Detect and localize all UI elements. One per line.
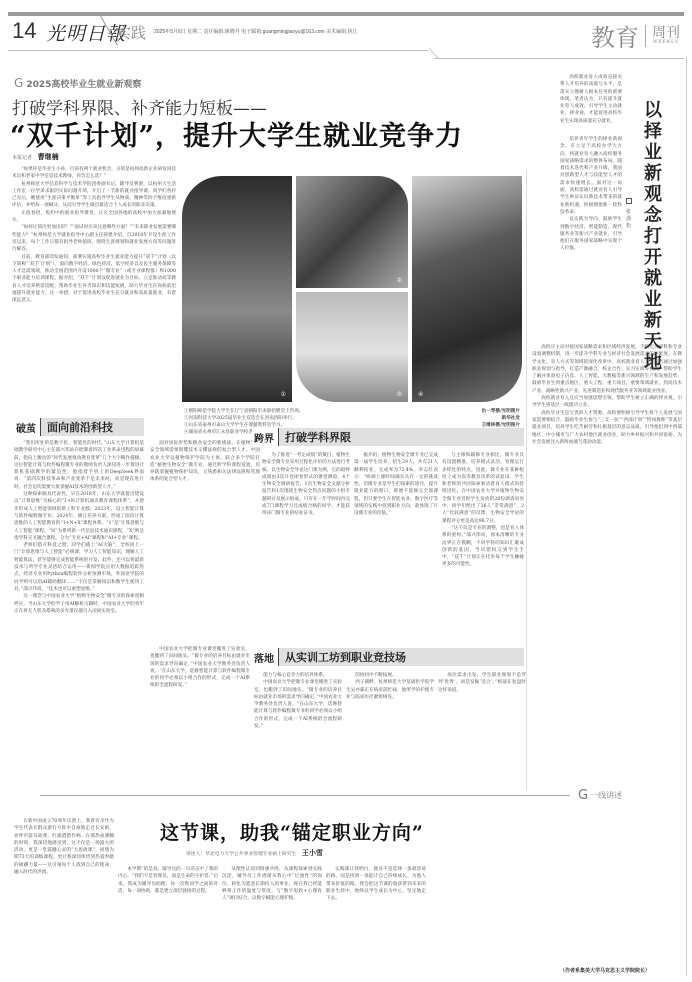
byline-author: 曹继楠 [38, 152, 59, 161]
top-rule [8, 12, 684, 16]
header-rule-right [434, 58, 684, 59]
header-rule [8, 50, 428, 51]
section-stamp: 跨界 [252, 428, 279, 446]
caption-credit: 仇一琴摄/光明图片 [482, 408, 520, 415]
paragraph: 高校就业育人成效直接关系人才培养的质量与水平，是落实立德树人根本任务的重要体现。… [560, 74, 622, 125]
paragraph: 与主修和辅修专业相比，微专业具有设置精准、培养模式灵活、管理运行多样化的特点。因… [442, 452, 524, 525]
photo-number: ② [397, 277, 402, 284]
paragraph: 能力与核心竞争力的培养体系。 [254, 672, 342, 679]
speaker-name: 王小雪 [302, 848, 323, 857]
byline-label: 本报记者 [12, 155, 32, 161]
commentary-title: 以择业新观念打开就业新天地 [644, 100, 666, 373]
paragraph: “我们所处的是数字化、智能化的时代。”山东大学计算机基础教学研究中心主任邵兴伟站… [14, 440, 144, 491]
paragraph: 正值春招，焦灼中的就业指导课堂，正在全国各地的高校中加大加紧地展开。 [12, 210, 176, 225]
paragraph: 从理性认知到情感共鸣，从课程探索到实践沉淀，辅导员工作逐渐从我心中“过渡性”的岗… [222, 866, 322, 902]
paragraph: 高校毕业生是宝贵的人才资源。高校要积极引导学生将个人发展与国家需要相结合，鼓励毕… [532, 410, 682, 446]
section-boundaries-col3: 与主修和辅修专业相比，微专业具有设置精准、培养模式灵活、管理运行多样化的特点。因… [442, 452, 524, 642]
brand-main: 教育 [591, 18, 639, 53]
author-name: 张劲松 [626, 209, 631, 229]
caption-row: ②河南科技大学2025届毕业生双选会在河南洛阳举行。新华社发 [184, 415, 520, 422]
section-title: 从实训工坊到职业竞技场 [285, 649, 406, 665]
paragraph: “如何让简历更加出彩？”“面试时应该注意哪些方面？”“未来职业发展需要哪些能力？… [12, 224, 176, 253]
section-boundaries-col2: 据介绍，植物生物安全微专业已完成第一届学生培养，招生29人，共有21人顺利结业，… [354, 452, 438, 642]
brand-sub-label: 周刊 [652, 26, 680, 40]
paragraph: 这种探索颇具代表性。早在2018年，山东大学就提出建设以“计算思维”为核心的“1… [14, 491, 144, 542]
brand-sub: 周刊 WEEKLY [652, 26, 680, 45]
g-logo-icon: G [14, 76, 23, 90]
paragraph: “如果你是毕业生小孙，目前有两个就业机会，分别是杭州高新企业研发岗技术员和老家中… [12, 166, 176, 181]
section-header-practice: 落地 从实训工坊到职业竞技场 [252, 648, 524, 666]
paragraph: 为了推进“一考定成绩”的窠臼，植物生物安全微专业采用过程化评价的方法进行考核。以… [262, 452, 350, 518]
commentary-col-lower: 高校应主动对接国家战略需求和区域经济发展，不断完善学科和专业设置调整机制，进一步… [532, 344, 682, 784]
right-border [686, 56, 687, 976]
paragraph: 的协同中不断拓展。 [346, 672, 434, 679]
section-header-frontier: 破茧 面向前沿科技 [14, 418, 144, 436]
paragraph: 培养青年学生的择业新观念，应立足于高校办学大方向，将就业育人融入高校服务国家战略… [560, 136, 622, 216]
section-practice-col3: 岗位需求出发，学生职业规划不是罗列‘优秀’，而是发掘‘适合’。”杨迪在复盘时这样… [438, 672, 526, 788]
author-box-icon [626, 198, 632, 204]
caption-text: ①朝阳师范学院大学生在辽宁省朝阳市求职招聘会上咨询。 [184, 408, 303, 415]
photo-job-fair: ② [296, 176, 408, 288]
speaker-label: 讲述人：华北电力大学公共事业管理专业硕士研究生 [186, 852, 296, 857]
section-title: 打破学科界限 [285, 429, 351, 445]
lecture-col2: 本学期“的是真。辅导员的一句话击中了我的内心，“我们不是管理员，而是生命的守护者… [118, 866, 218, 976]
paragraph: 这一理念与中国农业大学“植物生物安全”微专业的探索遥相呼应。当山东大学的学子用A… [14, 593, 144, 615]
lecture-col1: 在新中国成立70周年庆典上，我曾有幸作为学生代表在群众游行方阵中自豪地走过长安街… [14, 818, 114, 978]
paragraph: 目前，教育部印发通知，部署实施高校毕业生就业能力提升“双千”计划（以下简称“‘双… [12, 254, 176, 305]
paragraph: 实践课让我明白，就业不是选择一条最容易的路，而是找到一条能让自己持续成长、为他人… [326, 866, 426, 902]
photo-student-studying: ③ [296, 292, 408, 402]
commentary-col-bottom [432, 800, 682, 960]
section-stamp: 落地 [252, 648, 279, 666]
column-divider [526, 170, 527, 790]
intro-column: “如果你是毕业生小孙，目前有两个就业机会，分别是杭州高新企业研发岗技术员和老家中… [12, 166, 176, 406]
paragraph: 本学期“的是真。辅导员的一句话击中了我的内心，“我们不是管理员，而是生命的守护者… [118, 866, 218, 895]
section-title: 面向前沿科技 [47, 419, 113, 435]
weekly-brand: 教育 周刊 WEEKLY [591, 18, 680, 53]
photo-collage: ① ② ③ ④ [182, 176, 522, 406]
issue-meta: 2025年5月6日 星期二 责任编辑:姚晓丹 电子邮箱:guangmingjia… [154, 28, 357, 35]
page-number: 14 [12, 18, 36, 44]
section-name: 实践 [116, 22, 146, 43]
kicker-text: 2025高校毕业生就业新观察 [26, 77, 141, 90]
lecture-col4: 实践课让我明白，就业不是选择一条最容易的路，而是找到一条能让自己持续成长、为他人… [326, 866, 426, 976]
commentary-signature: （作者系集美大学马克思主义学院院长） [560, 967, 650, 974]
paragraph: 中国农业大学把微专业课堂搬进了实验室，也搬到了田间地头。“微专业的培养目标由就业… [150, 646, 250, 690]
brand-en-label: WEEKLY [653, 40, 680, 45]
paragraph: 西子湖畔，杭州师范大学基础医学院学生吴亦霖正在病床前忙碌，他所学的护理专业与临床… [346, 679, 434, 701]
paragraph: 高校应主动对接国家战略需求和区域经济发展，不断完善学科和专业设置调整机制，进一步… [532, 344, 682, 395]
section-practice-col1: 能力与核心竞争力的培养体系。 中国农业大学把微专业课堂搬进了实验室，也搬到了田间… [254, 672, 342, 788]
byline: 本报记者 曹继楠 [12, 152, 59, 162]
section-practice-col0: 中国农业大学把微专业课堂搬进了实验室，也搬到了田间地头。“微专业的培养目标由就业… [150, 646, 250, 786]
column-kicker: G 2025高校毕业生就业新观察 [14, 76, 141, 90]
section-frontier-col1: “我们所处的是数字化、智能化的时代。”山东大学计算机基础教学研究中心主任邵兴伟站… [14, 440, 144, 780]
paragraph: 据介绍，植物生物安全微专业已完成第一届学生培养，招生29人，共有21人顺利结业，… [354, 452, 438, 518]
paragraph: 老师们搭开科技之窗，同学们插上“AI大脑”。全校同上一门“计算思维与人工智能”必… [14, 542, 144, 593]
paragraph: 高校就业育人还应当加强思想引领，帮助学生树立正确的择业观，引导学生到基层一线建功… [532, 395, 682, 410]
lecture-title: 这节课，助我“锚定职业方向” [160, 818, 424, 845]
caption-text: ②河南科技大学2025届毕业生双选会在河南洛阳举行。 [184, 415, 297, 422]
photo-vocational-training: ④ [412, 176, 522, 402]
article-headline: “双千计划”，提升大学生就业竞争力 [10, 114, 463, 153]
photo-student-with-resume: ① [182, 176, 292, 402]
lecture-speaker: 讲述人：华北电力大学公共事业管理专业硕士研究生 王小雪 [186, 848, 323, 858]
paragraph: 以实践为导向，鼓励学生到数字经济、智能制造、现代服务业等新兴产业就业，引导他们在… [560, 216, 622, 252]
section-stamp: 破茧 [14, 418, 41, 436]
section-practice-col2: 的协同中不断拓展。 西子湖畔，杭州师范大学基础医学院学生吴亦霖正在病床前忙碌，他… [346, 672, 434, 788]
caption-row: ①朝阳师范学院大学生在辽宁省朝阳市求职招聘会上咨询。仇一琴摄/光明图片 [184, 408, 520, 415]
photo-number: ① [281, 391, 286, 398]
photo-number: ④ [418, 391, 423, 398]
paragraph: “这不仅是专业的调整，也是育人体系的重构。”邵兴伟说，原本清晰的专业边界正在模糊… [442, 525, 524, 569]
photo-number: ③ [397, 391, 402, 398]
paragraph: 岗位需求出发，学生职业规划不是罗列‘优秀’，而是发掘‘适合’。”杨迪在复盘时这样… [438, 672, 526, 694]
lecture-col3: 从理性认知到情感共鸣，从课程探索到实践沉淀，辅导员工作逐渐从我心中“过渡性”的岗… [222, 866, 322, 976]
paragraph: 中国农业大学把微专业课堂搬进了实验室，也搬到了田间地头。“微专业的培养目标由就业… [254, 679, 342, 730]
header-corner [420, 48, 438, 58]
section-frontier-col2: 面对国际形势和粮食安全的新挑战，在植物生物安全领域需要既懂技术又懂法规的复合型人… [150, 440, 260, 640]
section-header-boundaries: 跨界 打破学科界限 [252, 428, 524, 446]
commentary-author: 张劲松 [626, 198, 634, 230]
paragraph: 面对国际形势和粮食安全的新挑战，在植物生物安全领域需要既懂技术又懂法规的复合型人… [150, 440, 260, 484]
caption-credit: 新华社发 [502, 415, 520, 422]
commentary-lead: 高校就业育人成效直接关系人才培养的质量与水平，是落实立德树人根本任务的重要体现。… [560, 74, 622, 134]
commentary-col-upper: 培养青年学生的择业新观念，应立足于高校办学大方向，将就业育人融入高校服务国家战略… [560, 136, 622, 342]
brand-separator [645, 25, 646, 47]
paragraph: 在新中国成立70周年庆典上，我曾有幸作为学生代表在群众游行方阵中自豪地走过长安街… [14, 818, 114, 876]
paragraph: 杭州师范大学信息科学与技术学院团委副书记、辅导员曹蕾，以杭州大生活工作室一位学弟… [12, 181, 176, 210]
lecture-divider [40, 795, 570, 796]
section-boundaries-col1: 为了推进“一考定成绩”的窠臼，植物生物安全微专业采用过程化评价的方法进行考核。以… [262, 452, 350, 642]
